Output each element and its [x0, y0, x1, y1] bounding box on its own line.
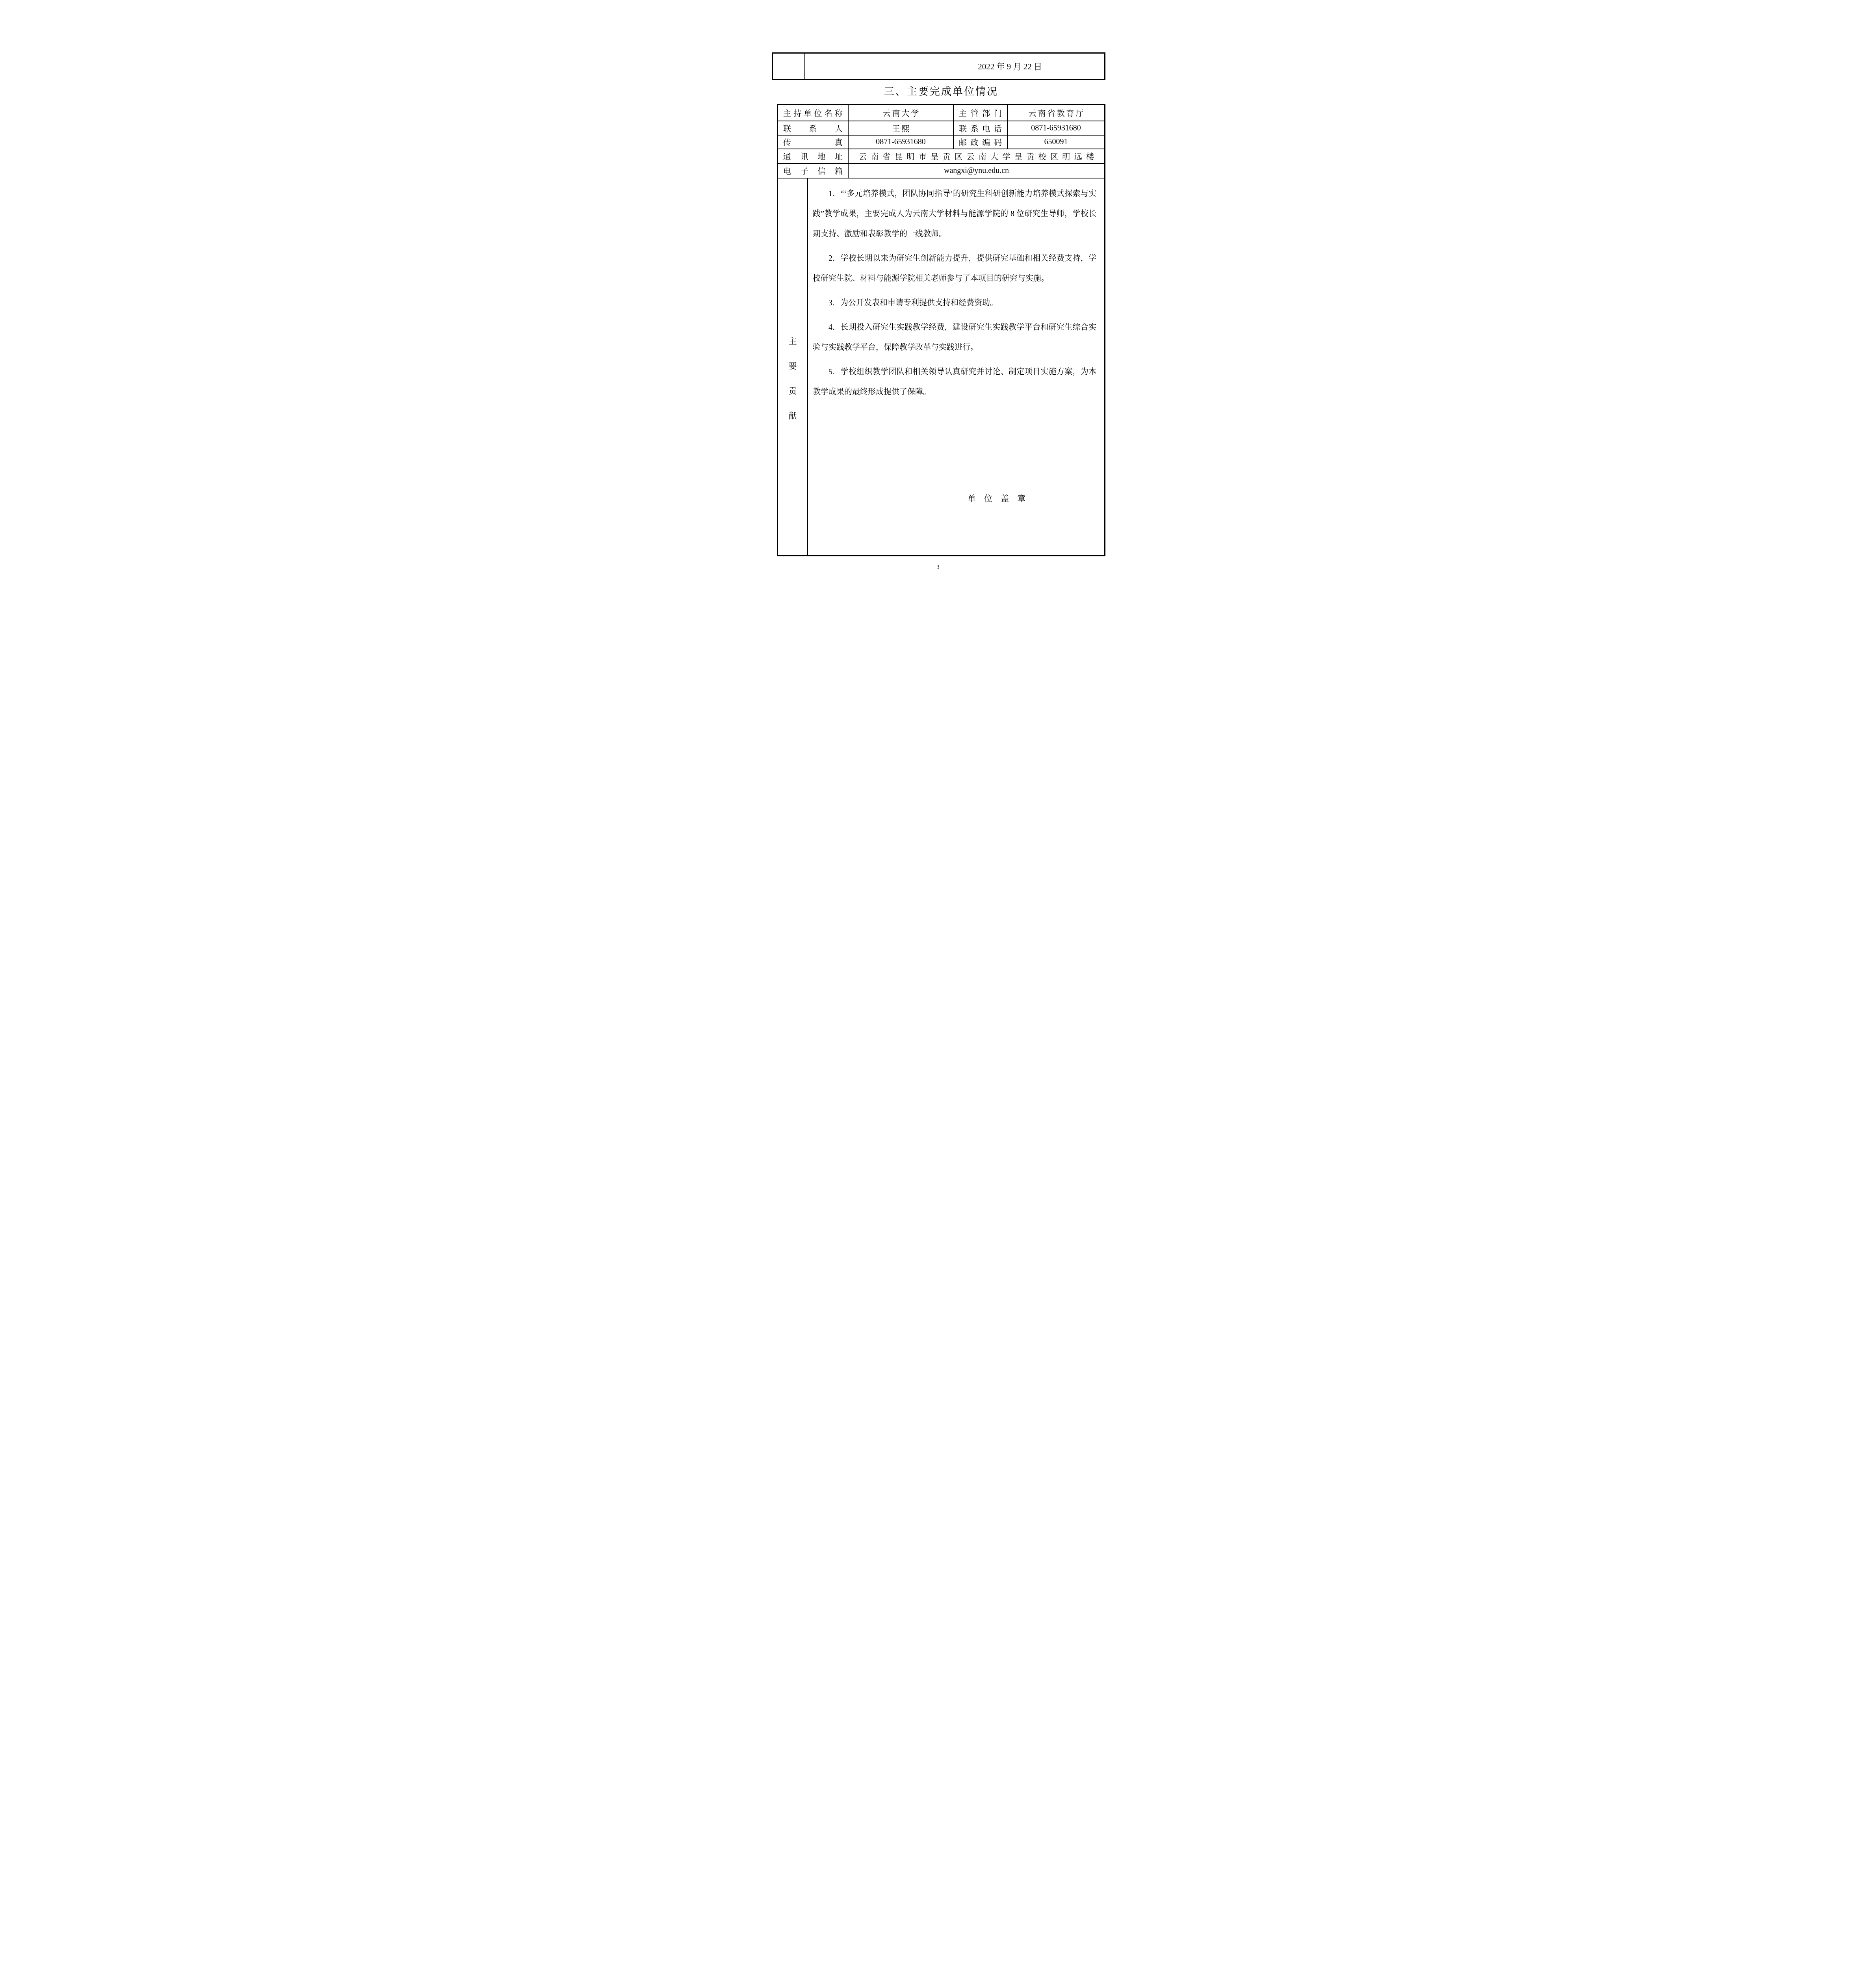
- table-row-contributions: 主 要 贡 献 1．“‘多元培养模式，团队协同指导’的研究生科研创新能力培养模式…: [778, 178, 1104, 555]
- postcode-value-cell: 650091: [1007, 136, 1104, 149]
- fax-label: 传真: [778, 136, 848, 148]
- email-label: 电子信箱: [778, 165, 848, 177]
- unit-seal-caption: 单 位 盖 章: [968, 492, 1096, 504]
- postcode-value: 650091: [1044, 138, 1068, 147]
- fragment-date-cell: 2022 年 9 月 22 日: [805, 54, 1104, 79]
- document-page: 2022 年 9 月 22 日 三、主要完成单位情况 主持单位名称 云南大学 主…: [721, 0, 1155, 613]
- contribution-paragraph-5: 5．学校组织教学团队和相关领导认真研究并讨论、制定项目实施方案，为本教学成果的最…: [813, 362, 1096, 402]
- section-title: 三、主要完成单位情况: [777, 85, 1105, 98]
- phone-number: 0871-65931680: [1031, 124, 1081, 133]
- phone-label: 联系电话: [954, 123, 1007, 134]
- host-unit-value: 云南大学: [883, 107, 921, 119]
- contribution-vertical-label: 主 要 贡 献: [778, 178, 807, 555]
- address-value-cell: 云南省昆明市呈贡区云南大学呈贡校区明远楼: [848, 149, 1104, 163]
- main-unit-info-table: 主持单位名称 云南大学 主管部门 云南省教育厅 联系人 王熙 联系电话: [777, 104, 1105, 556]
- contact-name: 王熙: [892, 123, 911, 134]
- fax-number: 0871-65931680: [876, 138, 926, 147]
- authority-label: 主管部门: [954, 107, 1007, 119]
- email-value: wangxi@ynu.edu.cn: [944, 166, 1009, 175]
- contribution-label-cell: 主 要 贡 献: [778, 178, 807, 555]
- fragment-empty-cell: [773, 54, 805, 79]
- phone-label-cell: 联系电话: [953, 121, 1007, 135]
- host-unit-value-cell: 云南大学: [848, 105, 953, 121]
- fax-value-cell: 0871-65931680: [848, 136, 953, 149]
- authority-value: 云南省教育厅: [1029, 107, 1085, 119]
- table-row-fax: 传真 0871-65931680 邮政编码 650091: [778, 135, 1104, 149]
- completion-date: 2022 年 9 月 22 日: [978, 60, 1042, 72]
- postcode-label-cell: 邮政编码: [953, 136, 1007, 149]
- authority-label-cell: 主管部门: [953, 105, 1007, 121]
- host-unit-label-cell: 主持单位名称: [778, 105, 848, 121]
- table-row-email: 电子信箱 wangxi@ynu.edu.cn: [778, 163, 1104, 178]
- contribution-label-char: 贡: [789, 385, 797, 396]
- email-value-cell: wangxi@ynu.edu.cn: [848, 164, 1104, 178]
- page-number: 3: [721, 564, 1155, 571]
- contact-value-cell: 王熙: [848, 121, 953, 135]
- table-row-contact: 联系人 王熙 联系电话 0871-65931680: [778, 121, 1104, 135]
- contribution-paragraph-2: 2．学校长期以来为研究生创新能力提升，提供研究基础和相关经费支持，学校研究生院、…: [813, 249, 1096, 289]
- contribution-label-char: 献: [789, 409, 797, 421]
- phone-value-cell: 0871-65931680: [1007, 121, 1104, 135]
- host-unit-label: 主持单位名称: [778, 107, 848, 119]
- previous-table-fragment: 2022 年 9 月 22 日: [772, 52, 1105, 80]
- contact-label-cell: 联系人: [778, 121, 848, 135]
- authority-value-cell: 云南省教育厅: [1007, 105, 1104, 121]
- postcode-label: 邮政编码: [954, 136, 1007, 148]
- contact-label: 联系人: [778, 123, 848, 134]
- fax-label-cell: 传真: [778, 136, 848, 149]
- address-label-cell: 通讯地址: [778, 149, 848, 163]
- contribution-label-char: 主: [789, 335, 797, 347]
- table-row-address: 通讯地址 云南省昆明市呈贡区云南大学呈贡校区明远楼: [778, 149, 1104, 163]
- contribution-paragraph-1: 1．“‘多元培养模式，团队协同指导’的研究生科研创新能力培养模式探索与实践”教学…: [813, 184, 1096, 244]
- address-value: 云南省昆明市呈贡区云南大学呈贡校区明远楼: [849, 151, 1104, 162]
- contribution-content-cell: 1．“‘多元培养模式，团队协同指导’的研究生科研创新能力培养模式探索与实践”教学…: [807, 178, 1104, 555]
- contribution-label-char: 要: [789, 360, 797, 372]
- table-row-unit: 主持单位名称 云南大学 主管部门 云南省教育厅: [778, 105, 1104, 121]
- contribution-paragraph-3: 3．为公开发表和申请专利提供支持和经费资助。: [813, 293, 1096, 313]
- email-label-cell: 电子信箱: [778, 164, 848, 178]
- contribution-paragraph-4: 4．长期投入研究生实践教学经费，建设研究生实践教学平台和研究生综合实验与实践教学…: [813, 318, 1096, 358]
- address-label: 通讯地址: [778, 151, 848, 162]
